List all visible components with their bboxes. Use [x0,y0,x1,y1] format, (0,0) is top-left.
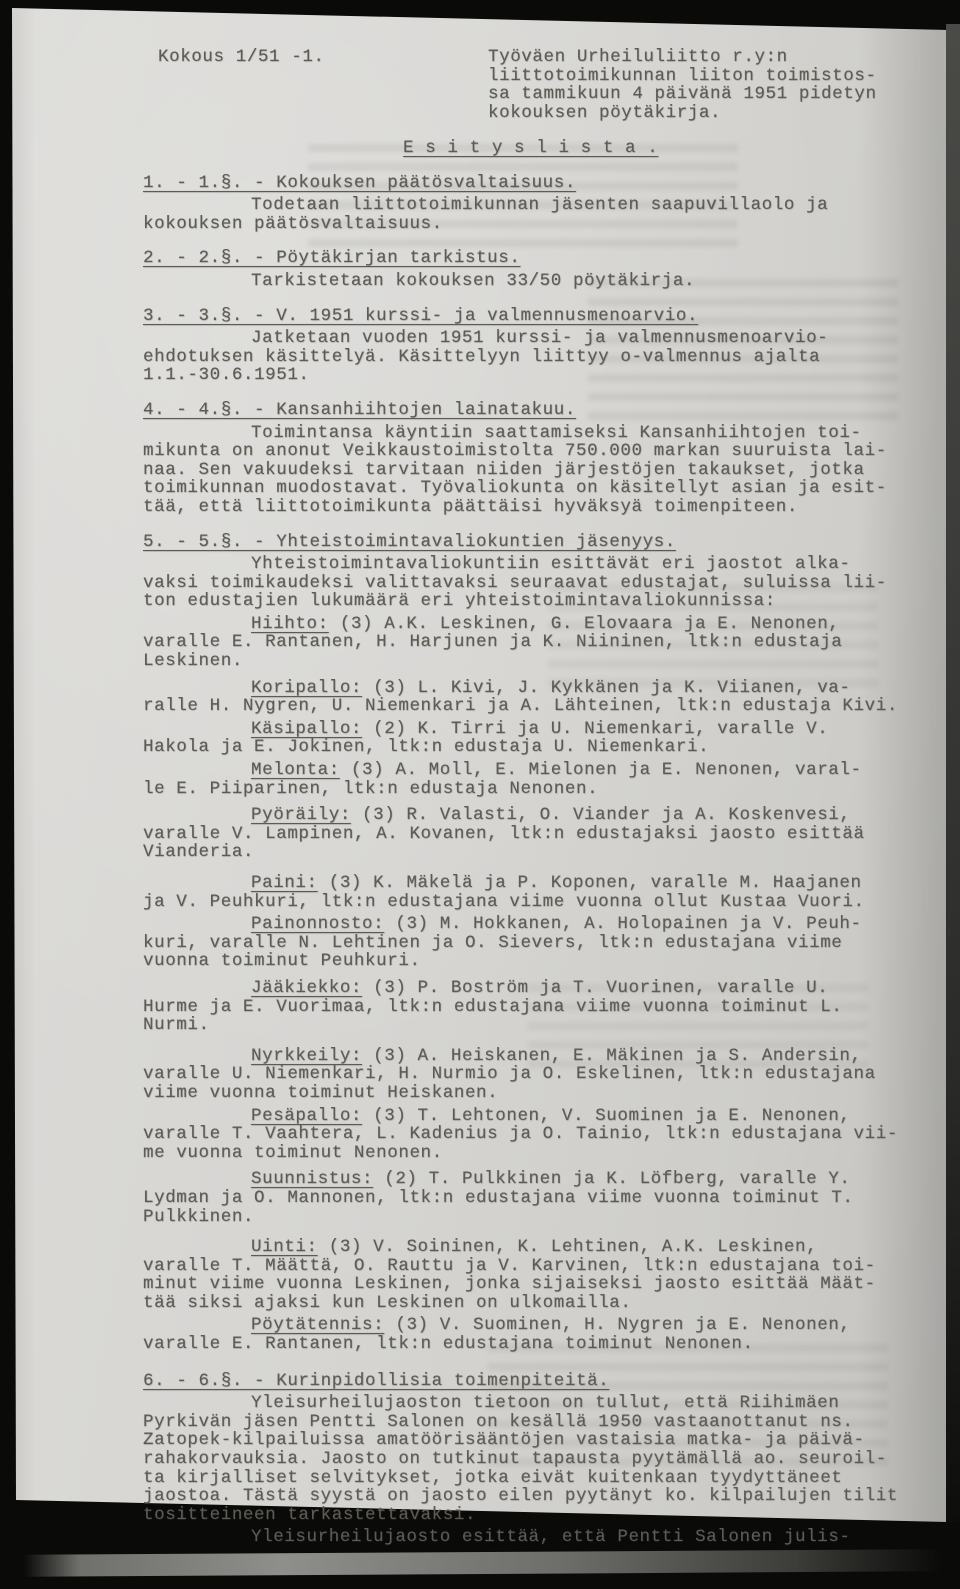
agenda-section-3: 3. - 3.§. - V. 1951 kurssi- ja valmennus… [143,307,915,385]
committee-entry-jaakiekko: Jääkiekko: (3) P. Boström ja T. Vuorinen… [143,979,915,1035]
meeting-reference: Kokous 1/51 -1. [158,48,325,67]
sport-label: Uinti: [251,1237,318,1257]
entry-text: (2) K. Tirri ja U. Niemenkari, varalle V… [143,719,828,758]
section-heading: 5. - 5.§. - Yhteistoimintavaliokuntien j… [143,533,915,552]
paragraph: Toimintansa käyntiin saattamiseksi Kansa… [143,424,915,517]
agenda-section-4: 4. - 4.§. - Kansanhiihtojen lainatakuu. … [143,401,915,517]
committee-entry-suunnistus: Suunnistus: (2) T. Pulkkinen ja K. Löfbe… [143,1170,915,1226]
sport-label: Paini: [251,873,318,893]
scan-background: Kokous 1/51 -1. Työväen Urheiluliitto r.… [0,0,960,1589]
committee-entry-uinti: Uinti: (3) V. Soininen, K. Lehtinen, A.K… [143,1238,915,1312]
sport-label: Pyöräily: [251,805,351,825]
section-heading: 6. - 6.§. - Kurinpidollisia toimenpiteit… [143,1372,915,1391]
committee-entry-pyoraily: Pyöräily: (3) R. Valasti, O. Viander ja … [143,806,915,862]
document-header: Kokous 1/51 -1. Työväen Urheiluliitto r.… [143,48,915,123]
sport-label: Pesäpallo: [251,1106,362,1126]
typewritten-content: Kokous 1/51 -1. Työväen Urheiluliitto r.… [143,48,915,1547]
sport-label: Käsipallo: [251,719,362,739]
paragraph: Jatketaan vuoden 1951 kurssi- ja valmenn… [143,329,915,385]
sport-label: Pöytätennis: [251,1315,384,1335]
paragraph: Yleisurheilujaoston tietoon on tullut, e… [143,1394,915,1524]
committee-entry-painonnosto: Painonnosto: (3) M. Hokkanen, A. Holopai… [143,915,915,971]
paragraph: Todetaan liittotoimikunnan jäsenten saap… [143,196,915,233]
entry-text: (3) P. Boström ja T. Vuorinen, varalle U… [143,978,842,1035]
committee-entry-paini: Paini: (3) K. Mäkelä ja P. Koponen, vara… [143,874,915,911]
committee-entry-kasipallo: Käsipallo: (2) K. Tirri ja U. Niemenkari… [143,720,915,757]
agenda-title-text: E s i t y s l i s t a . [403,138,658,158]
section-heading: 4. - 4.§. - Kansanhiihtojen lainatakuu. [143,401,915,420]
section-heading: 1. - 1.§. - Kokouksen päätösvaltaisuus. [143,174,915,193]
paragraph: Tarkistetaan kokouksen 33/50 pöytäkirja. [143,272,915,291]
entry-text: (3) A.K. Leskinen, G. Elovaara ja E. Nen… [143,614,842,671]
sport-label: Melonta: [251,760,340,780]
entry-text: (3) V. Suominen, H. Nygren ja E. Nenonen… [143,1315,851,1354]
sport-label: Hiihto: [251,614,329,634]
committee-entry-pesapallo: Pesäpallo: (3) T. Lehtonen, V. Suominen … [143,1107,915,1163]
sport-label: Suunnistus: [251,1169,373,1189]
committee-entry-poytatennis: Pöytätennis: (3) V. Suominen, H. Nygren … [143,1316,915,1353]
sport-label: Nyrkkeily: [251,1046,362,1066]
agenda-section-5: 5. - 5.§. - Yhteistoimintavaliokuntien j… [143,533,915,1354]
paragraph: Yleisurheilujaosto esittää, että Pentti … [143,1528,915,1547]
committee-entry-nyrkkeily: Nyrkkeily: (3) A. Heiskanen, E. Mäkinen … [143,1047,915,1103]
sport-label: Painonnosto: [251,914,384,934]
agenda-title: E s i t y s l i s t a . [403,139,915,158]
committee-entry-koripallo: Koripallo: (3) L. Kivi, J. Kykkänen ja K… [143,679,915,716]
agenda-section-6: 6. - 6.§. - Kurinpidollisia toimenpiteit… [143,1372,915,1547]
next-page-edge [24,1549,942,1577]
organization-block: Työväen Urheiluliitto r.y:n liittotoimik… [488,48,915,122]
sport-label: Koripallo: [251,678,362,698]
committee-entry-hiihto: Hiihto: (3) A.K. Leskinen, G. Elovaara j… [143,615,915,671]
sport-label: Jääkiekko: [251,978,362,998]
committee-entry-list: Hiihto: (3) A.K. Leskinen, G. Elovaara j… [143,615,915,1354]
book-spine-edge [946,24,960,1522]
agenda-section-1: 1. - 1.§. - Kokouksen päätösvaltaisuus. … [143,174,915,234]
section-heading: 2. - 2.§. - Pöytäkirjan tarkistus. [143,249,915,268]
agenda-section-2: 2. - 2.§. - Pöytäkirjan tarkistus. Tarki… [143,249,915,290]
committee-entry-melonta: Melonta: (3) A. Moll, E. Mielonen ja E. … [143,761,915,798]
entry-text: (2) T. Pulkkinen ja K. Löfberg, varalle … [143,1169,854,1226]
paragraph: Yhteistoimintavaliokuntiin esittävät eri… [143,555,915,611]
section-heading: 3. - 3.§. - V. 1951 kurssi- ja valmennus… [143,307,915,326]
